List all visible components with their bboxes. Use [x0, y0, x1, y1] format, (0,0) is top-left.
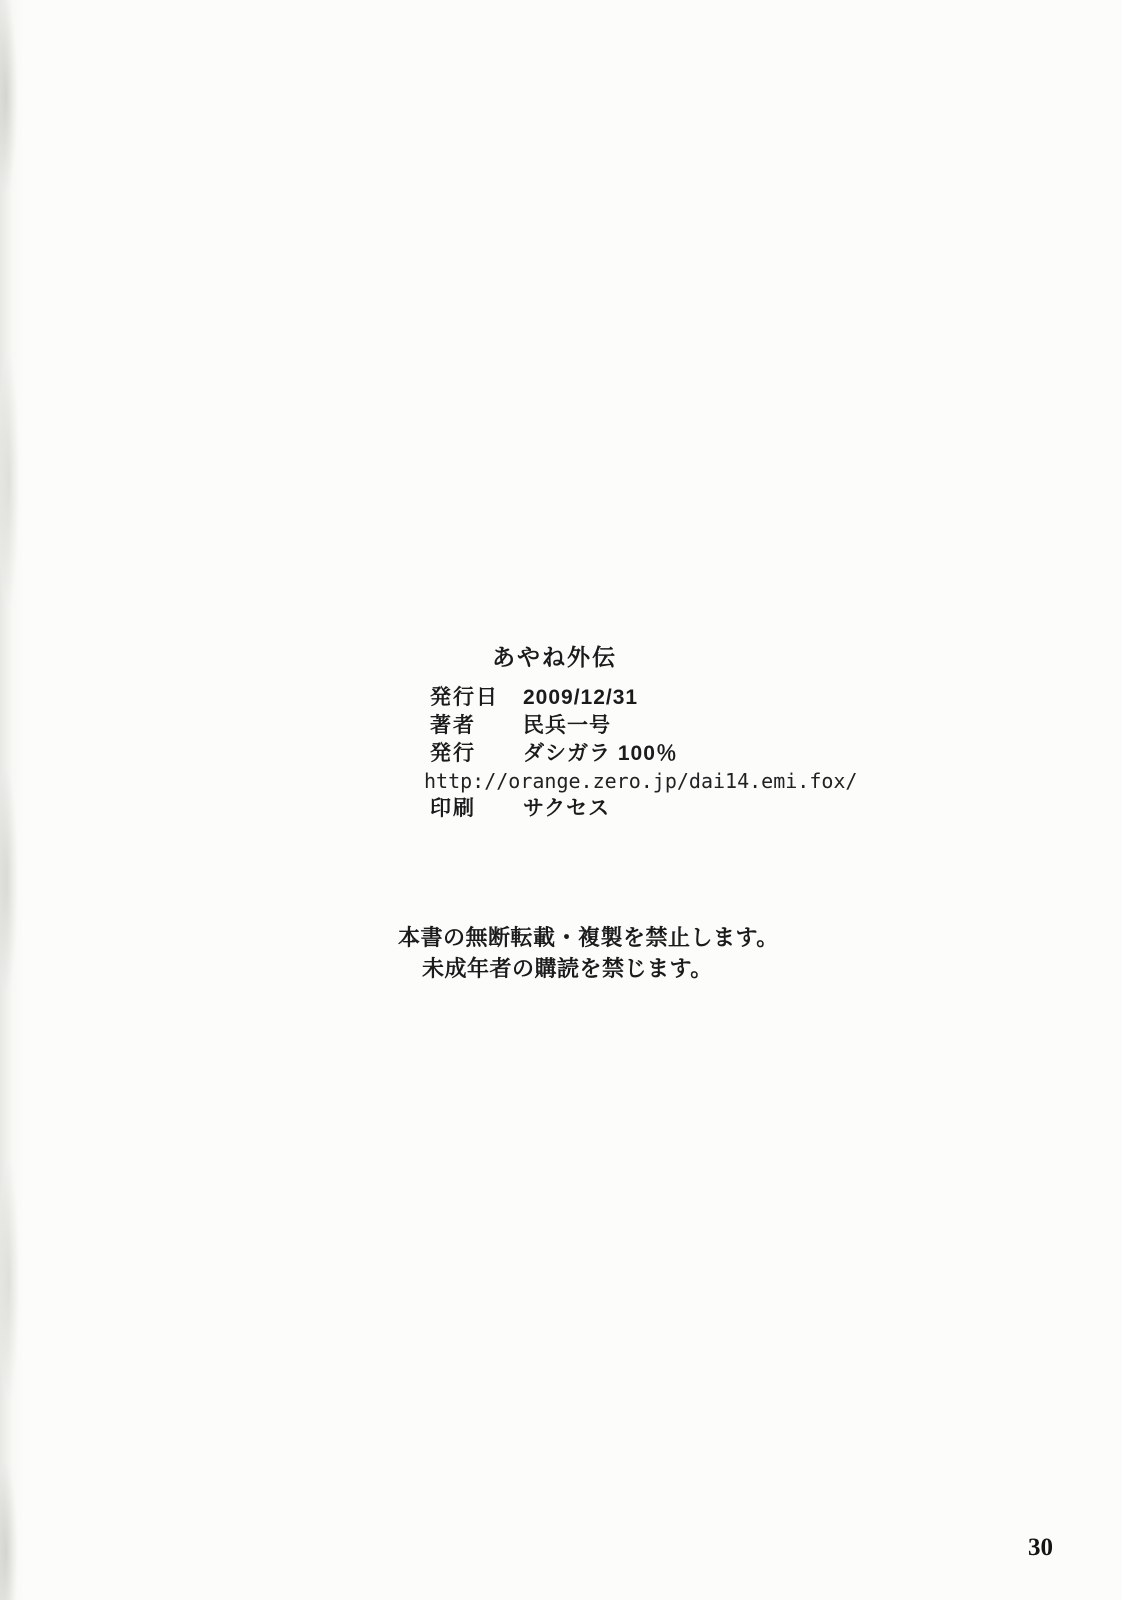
colophon-label: 印刷 — [430, 795, 523, 823]
colophon-row-author: 著者 民兵一号 — [430, 712, 857, 740]
notice-line-2: 未成年者の購読を禁じます。 — [422, 953, 779, 984]
colophon-value: 2009/12/31 — [523, 684, 638, 712]
colophon-label: 著者 — [430, 712, 523, 740]
colophon-label: 発行 — [430, 740, 523, 768]
notice-line-1: 本書の無断転載・複製を禁止します。 — [398, 922, 779, 953]
colophon-row-publisher: 発行 ダシガラ 100％ — [430, 740, 857, 768]
colophon-row-printer: 印刷 サクセス — [430, 795, 857, 823]
doujin-title: あやね外伝 — [492, 642, 857, 672]
colophon-rows: 発行日 2009/12/31 著者 民兵一号 発行 ダシガラ 100％ http… — [430, 684, 857, 823]
colophon-value: サクセス — [523, 795, 610, 823]
page-number: 30 — [1028, 1534, 1053, 1562]
torn-paper-edge — [0, 0, 28, 1600]
notice-block: 本書の無断転載・複製を禁止します。 未成年者の購読を禁じます。 — [398, 922, 779, 984]
colophon-block: あやね外伝 発行日 2009/12/31 著者 民兵一号 発行 ダシガラ 100… — [430, 642, 857, 823]
colophon-row-publish-date: 発行日 2009/12/31 — [430, 684, 857, 712]
scanned-page: あやね外伝 発行日 2009/12/31 著者 民兵一号 発行 ダシガラ 100… — [0, 0, 1122, 1600]
colophon-label: 発行日 — [430, 684, 523, 712]
website-url: http://orange.zero.jp/dai14.emi.fox/ — [424, 768, 857, 795]
colophon-value: 民兵一号 — [523, 712, 611, 740]
colophon-value: ダシガラ 100％ — [523, 740, 678, 768]
